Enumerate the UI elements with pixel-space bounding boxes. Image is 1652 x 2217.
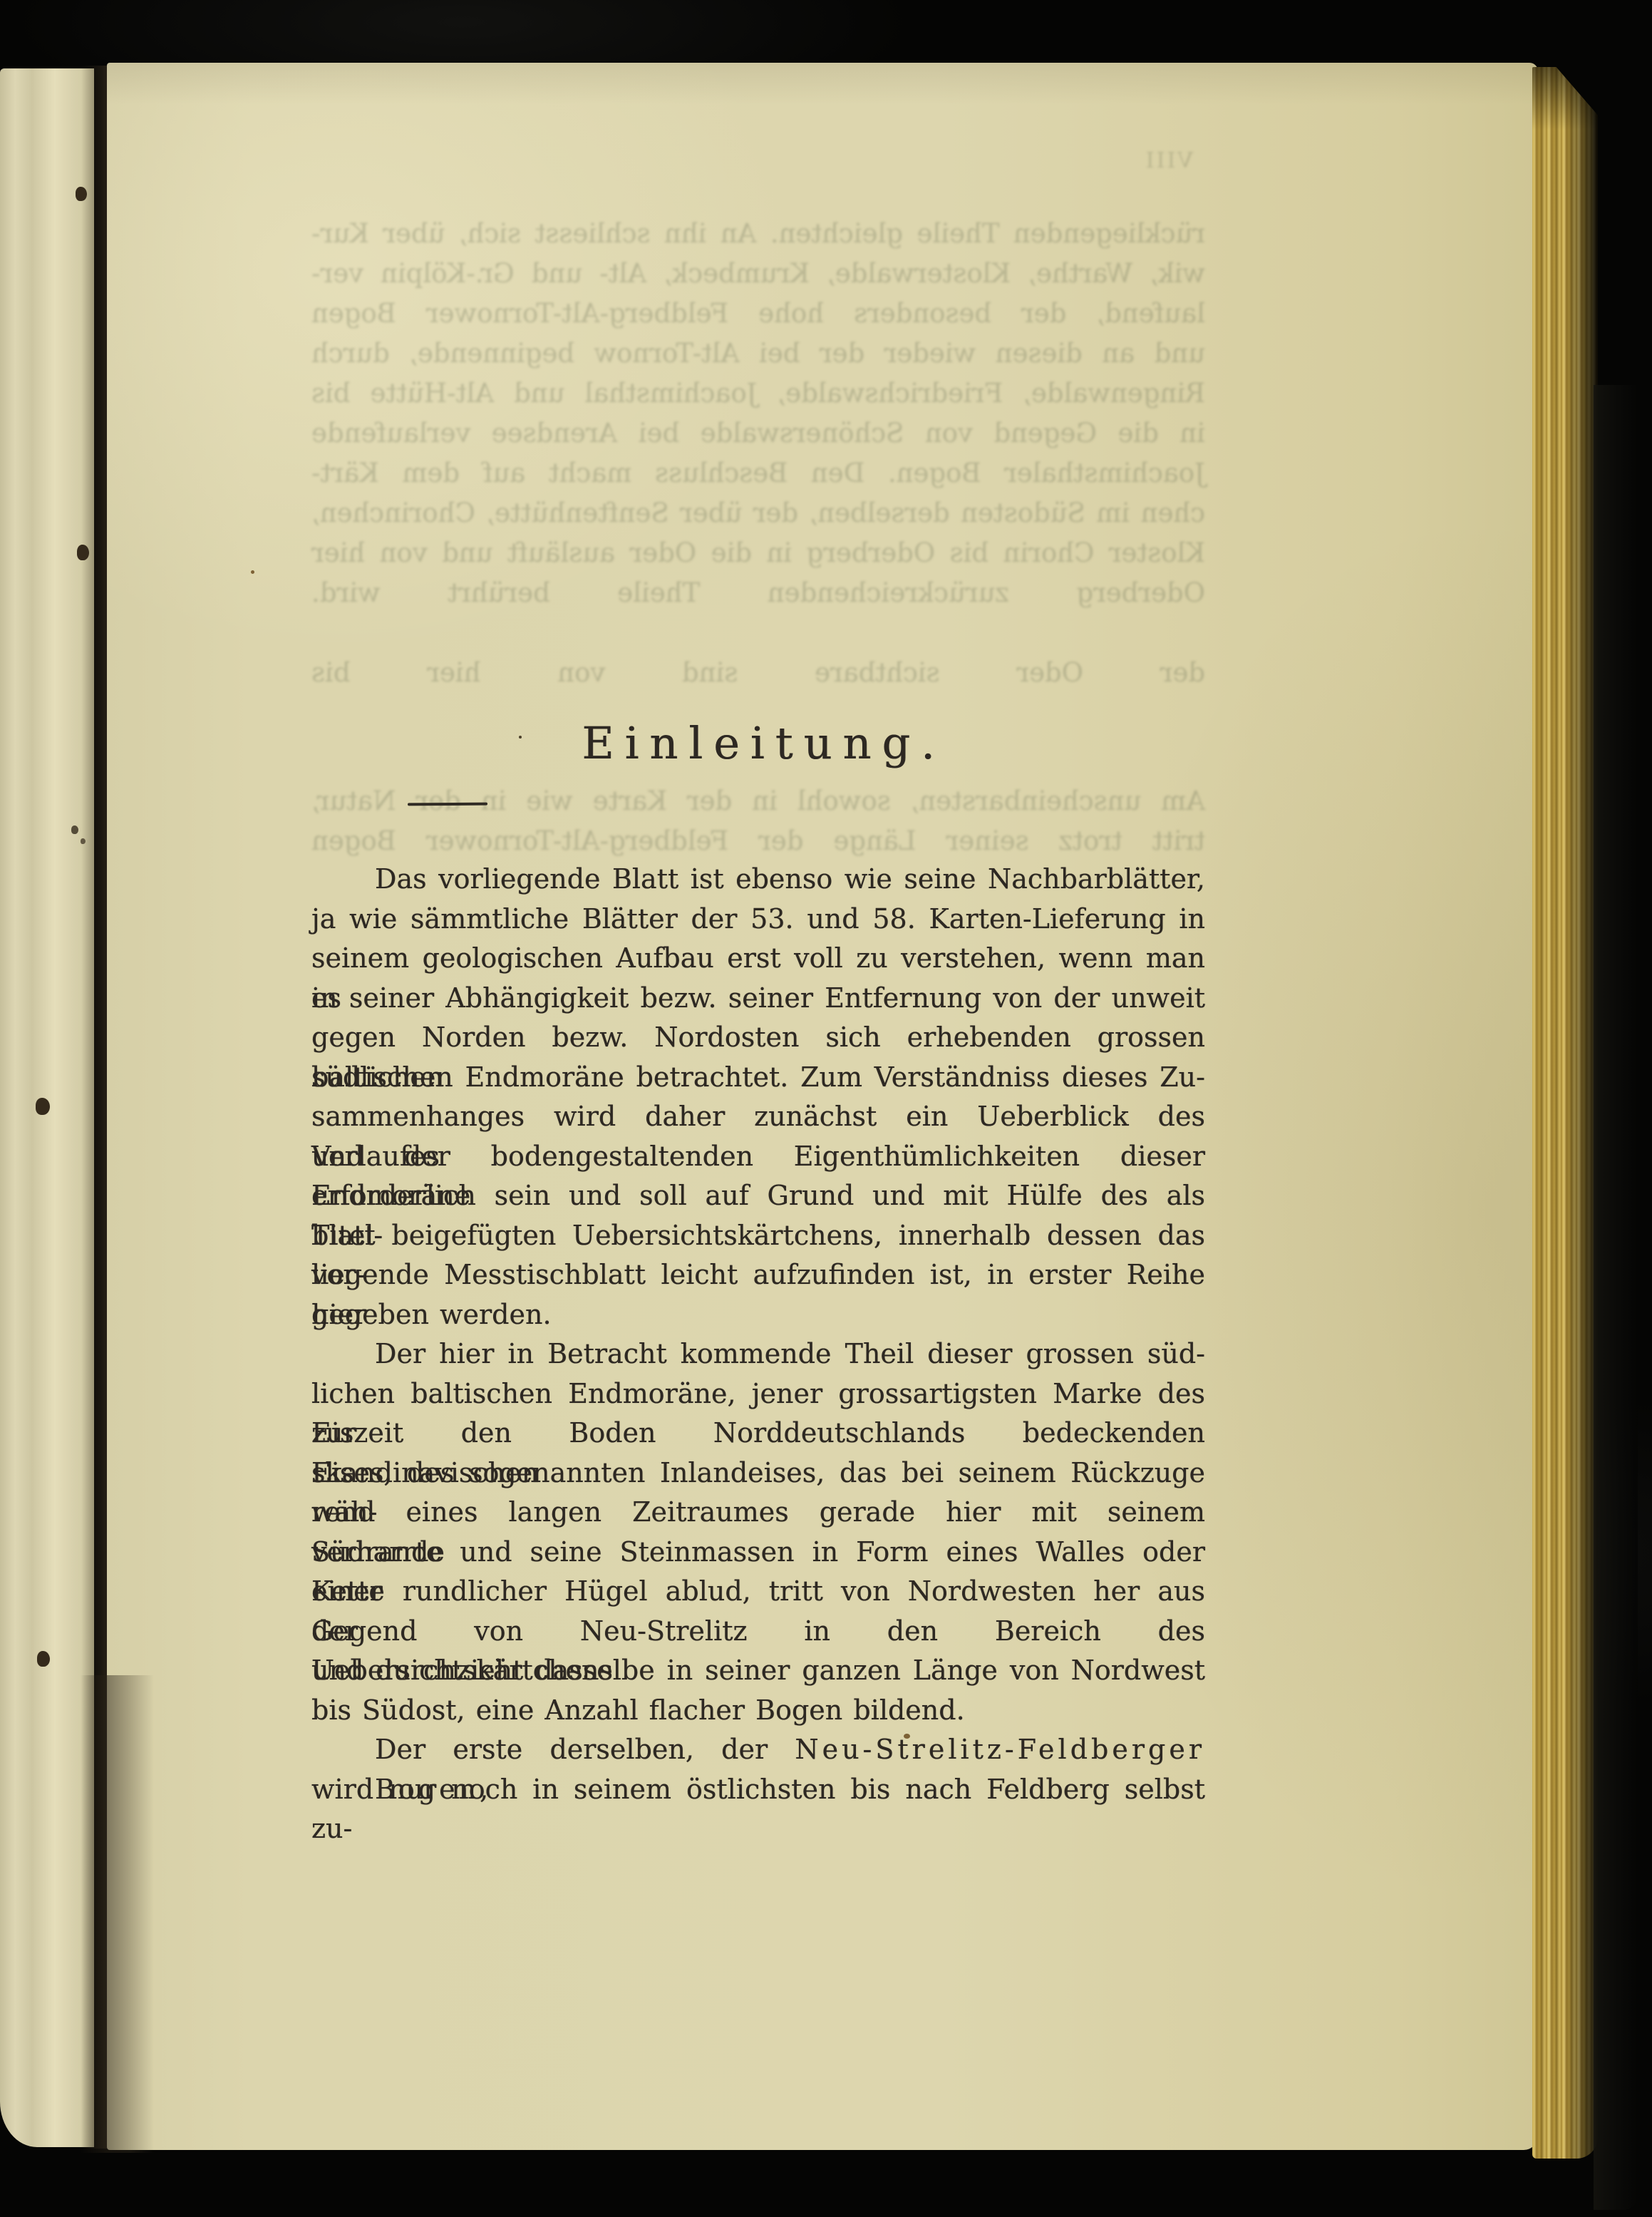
text-line: sammenhanges wird daher zunächst ein Ueb… bbox=[311, 1097, 1205, 1137]
text-line: erforderlich sein und soll auf Grund und… bbox=[311, 1176, 1205, 1216]
gutter-shadow-lower bbox=[76, 1675, 154, 2153]
book-cover-edge bbox=[1594, 385, 1638, 2210]
scanned-book-photo: VIII rückliegenden Theile gleichten. An … bbox=[0, 0, 1652, 2217]
text-line: Eiszeit den Boden Norddeutschlands bedec… bbox=[311, 1414, 1205, 1454]
text-line: ja wie sämmtliche Blätter der 53. und 58… bbox=[311, 900, 1205, 940]
text-line: lichen baltischen Endmoräne, jener gross… bbox=[311, 1374, 1205, 1414]
page-title-text: Einleitung. bbox=[582, 717, 946, 769]
text-line: liegende Messtischblatt leicht aufzufind… bbox=[311, 1255, 1205, 1295]
text-line: Eises, des sogenannten Inlandeises, das … bbox=[311, 1454, 1205, 1493]
text-line: Der erste derselben, der Neu-Strelitz-Fe… bbox=[311, 1730, 1205, 1770]
text-line: Kette rundlicher Hügel ablud, tritt von … bbox=[311, 1572, 1205, 1612]
text-line: Der hier in Betracht kommende Theil dies… bbox=[311, 1334, 1205, 1374]
stitch-hole bbox=[76, 187, 87, 201]
text-line: und durchzieht dasselbe in seiner ganzen… bbox=[311, 1651, 1205, 1691]
text-line: gegeben werden. bbox=[311, 1295, 1205, 1335]
title-divider-rule bbox=[408, 803, 487, 806]
text-line: in seiner Abhängigkeit bezw. seiner Entf… bbox=[311, 979, 1205, 1019]
text-line: wird nur noch in seinem östlichsten bis … bbox=[311, 1770, 1205, 1810]
text-line: rend eines langen Zeitraumes gerade hier… bbox=[311, 1493, 1205, 1533]
text-line: Das vorliegende Blatt ist ebenso wie sei… bbox=[311, 860, 1205, 900]
stitch-hole bbox=[77, 545, 89, 560]
text-line: verharrte und seine Steinmassen in Form … bbox=[311, 1533, 1205, 1573]
paper-speck bbox=[251, 570, 254, 574]
text-line: seinem geologischen Aufbau erst voll zu … bbox=[311, 939, 1205, 979]
page-title: Einleitung. bbox=[311, 716, 1205, 771]
stitch-hole bbox=[71, 825, 78, 834]
text-line: bis Südost, eine Anzahl flacher Bogen bi… bbox=[311, 1691, 1205, 1731]
text-line: Gegend von Neu-Strelitz in den Bereich d… bbox=[311, 1612, 1205, 1652]
text-line: blatt beigefügten Uebersichtskärtchens, … bbox=[311, 1216, 1205, 1256]
stitch-hole bbox=[36, 1098, 50, 1115]
text-line: baltischen Endmoräne betrachtet. Zum Ver… bbox=[311, 1058, 1205, 1098]
stitch-hole bbox=[81, 838, 86, 844]
text-line: und der bodengestaltenden Eigenthümlichk… bbox=[311, 1137, 1205, 1177]
fore-edge-page-stack bbox=[1532, 67, 1598, 2159]
stitch-hole bbox=[37, 1651, 50, 1667]
body-text: Das vorliegende Blatt ist ebenso wie sei… bbox=[311, 860, 1205, 1809]
text-line: gegen Norden bezw. Nordosten sich erhebe… bbox=[311, 1018, 1205, 1058]
